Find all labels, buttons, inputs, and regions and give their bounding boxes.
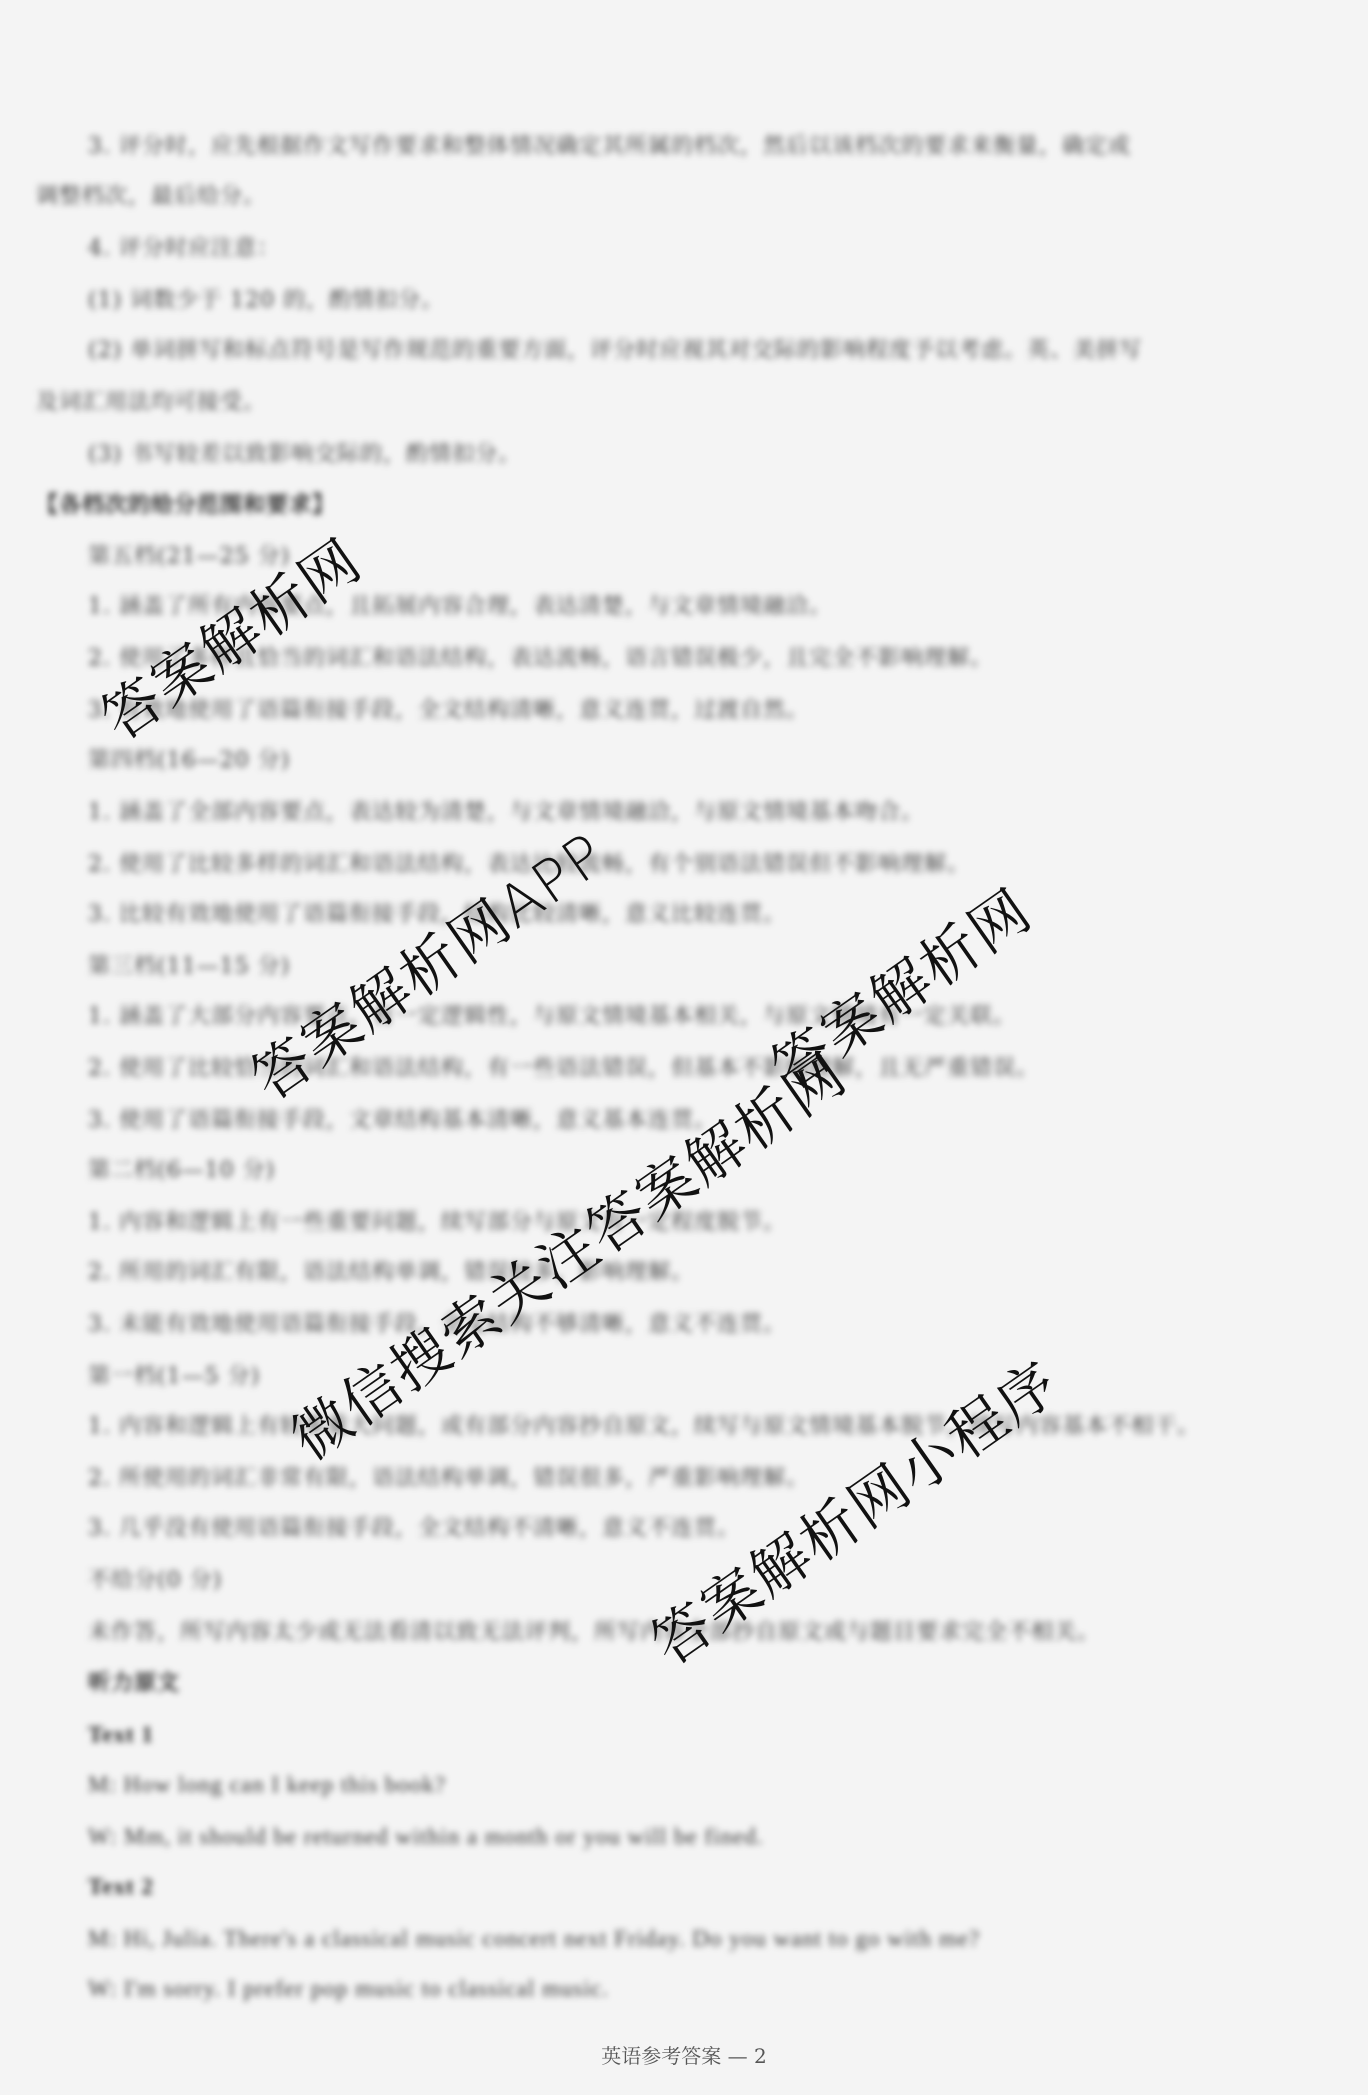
text-line: 2. 使用了比较多样的词汇和语法结构，表达比较流畅，有个别语法错误但不影响理解。	[88, 850, 970, 880]
text-line: (1) 词数少于 120 的，酌情扣分。	[88, 286, 444, 316]
text-line: 1. 涵盖了所有内容要点，且拓展内容合理，表达清楚，与文章情境融洽。	[88, 592, 832, 622]
text-line: 第一档(1—5 分)	[88, 1362, 260, 1392]
text-line: 2. 使用了多样且恰当的词汇和语法结构，表达流畅，语言错误极少，且完全不影响理解…	[88, 644, 993, 674]
section-heading: 听力原文	[88, 1668, 180, 1698]
text-line: 未作答，所写内容太少或无法看清以致无法评判，所写内容全部抄自原文或与题目要求完全…	[88, 1618, 1100, 1648]
text-line: M: How long can I keep this book?	[88, 1770, 446, 1800]
text-line: 1. 内容和逻辑上有较多重大问题，或有部分内容抄自原文，续写与原文情境基本脱节，…	[88, 1412, 1200, 1442]
document-page: 3. 评分时，应先根据作文写作要求和整体情况确定其所属的档次，然后以该档次的要求…	[0, 0, 1368, 2095]
text-line: 及词汇用法均可接受。	[36, 388, 266, 418]
text-line: 3. 比较有效地使用了语篇衔接手段，结构比较清晰，意义比较连贯。	[88, 900, 786, 930]
text-line: 1. 涵盖了全部内容要点，表达较为清楚，与文章情境融洽，与原文情境基本吻合。	[88, 798, 924, 828]
text-line: 1. 内容和逻辑上有一些重要问题，续写部分与原文有一定程度脱节。	[88, 1208, 786, 1238]
text-line: 3. 有效地使用了语篇衔接手段，全文结构清晰，意义连贯，过渡自然。	[88, 696, 809, 726]
text-line: 1. 涵盖了大部分内容要点，有一定逻辑性，与原文情境基本相关，与原文情境有一定关…	[88, 1002, 1016, 1032]
text-line: 2. 所用的词汇有限，语法结构单调，错误较多，影响理解。	[88, 1258, 694, 1288]
text-line: 3. 评分时，应先根据作文写作要求和整体情况确定其所属的档次，然后以该档次的要求…	[88, 132, 1131, 162]
text-line: (2) 单词拼写和标点符号是写作规范的重要方面，评分时应视其对交际的影响程度予以…	[88, 336, 1142, 366]
text-line: 3. 几乎没有使用语篇衔接手段，全文结构不清晰，意义不连贯。	[88, 1514, 740, 1544]
text-line: W: Mm, it should be returned within a mo…	[88, 1822, 763, 1852]
text-line: W: I'm sorry. I prefer pop music to clas…	[88, 1974, 609, 2004]
text-line: 4. 评分时应注意：	[88, 234, 280, 264]
text-line: 调整档次，最后给分。	[36, 182, 266, 212]
section-heading: Text 2	[88, 1872, 154, 1902]
section-heading: 【各档次的给分范围和要求】	[36, 490, 335, 520]
text-line: M: Hi, Julia. There's a classical music …	[88, 1924, 980, 1954]
text-line: 3. 使用了语篇衔接手段，文章结构基本清晰，意义基本连贯。	[88, 1106, 717, 1136]
page-footer: 英语参考答案 — 2	[0, 2040, 1368, 2069]
text-line: (3) 书写较差以致影响交际的，酌情扣分。	[88, 440, 521, 470]
text-line: 第五档(21—25 分)	[88, 542, 290, 572]
text-line: 第三档(11—15 分)	[88, 952, 290, 982]
section-heading: Text 1	[88, 1720, 154, 1750]
text-line: 2. 所使用的词汇非常有限，语法结构单调，错误很多，严重影响理解。	[88, 1464, 809, 1494]
text-line: 不给分(0 分)	[88, 1566, 222, 1596]
text-line: 2. 使用了比较恰当的词汇和语法结构，有一些语法错误，但基本不影响理解，且无严重…	[88, 1054, 1039, 1084]
text-line: 第四档(16—20 分)	[88, 746, 290, 776]
document-content: 3. 评分时，应先根据作文写作要求和整体情况确定其所属的档次，然后以该档次的要求…	[0, 0, 1368, 2095]
text-line: 第二档(6—10 分)	[88, 1156, 275, 1186]
text-line: 3. 未能有效地使用语篇衔接手段，全文结构不够清晰，意义不连贯。	[88, 1310, 786, 1340]
